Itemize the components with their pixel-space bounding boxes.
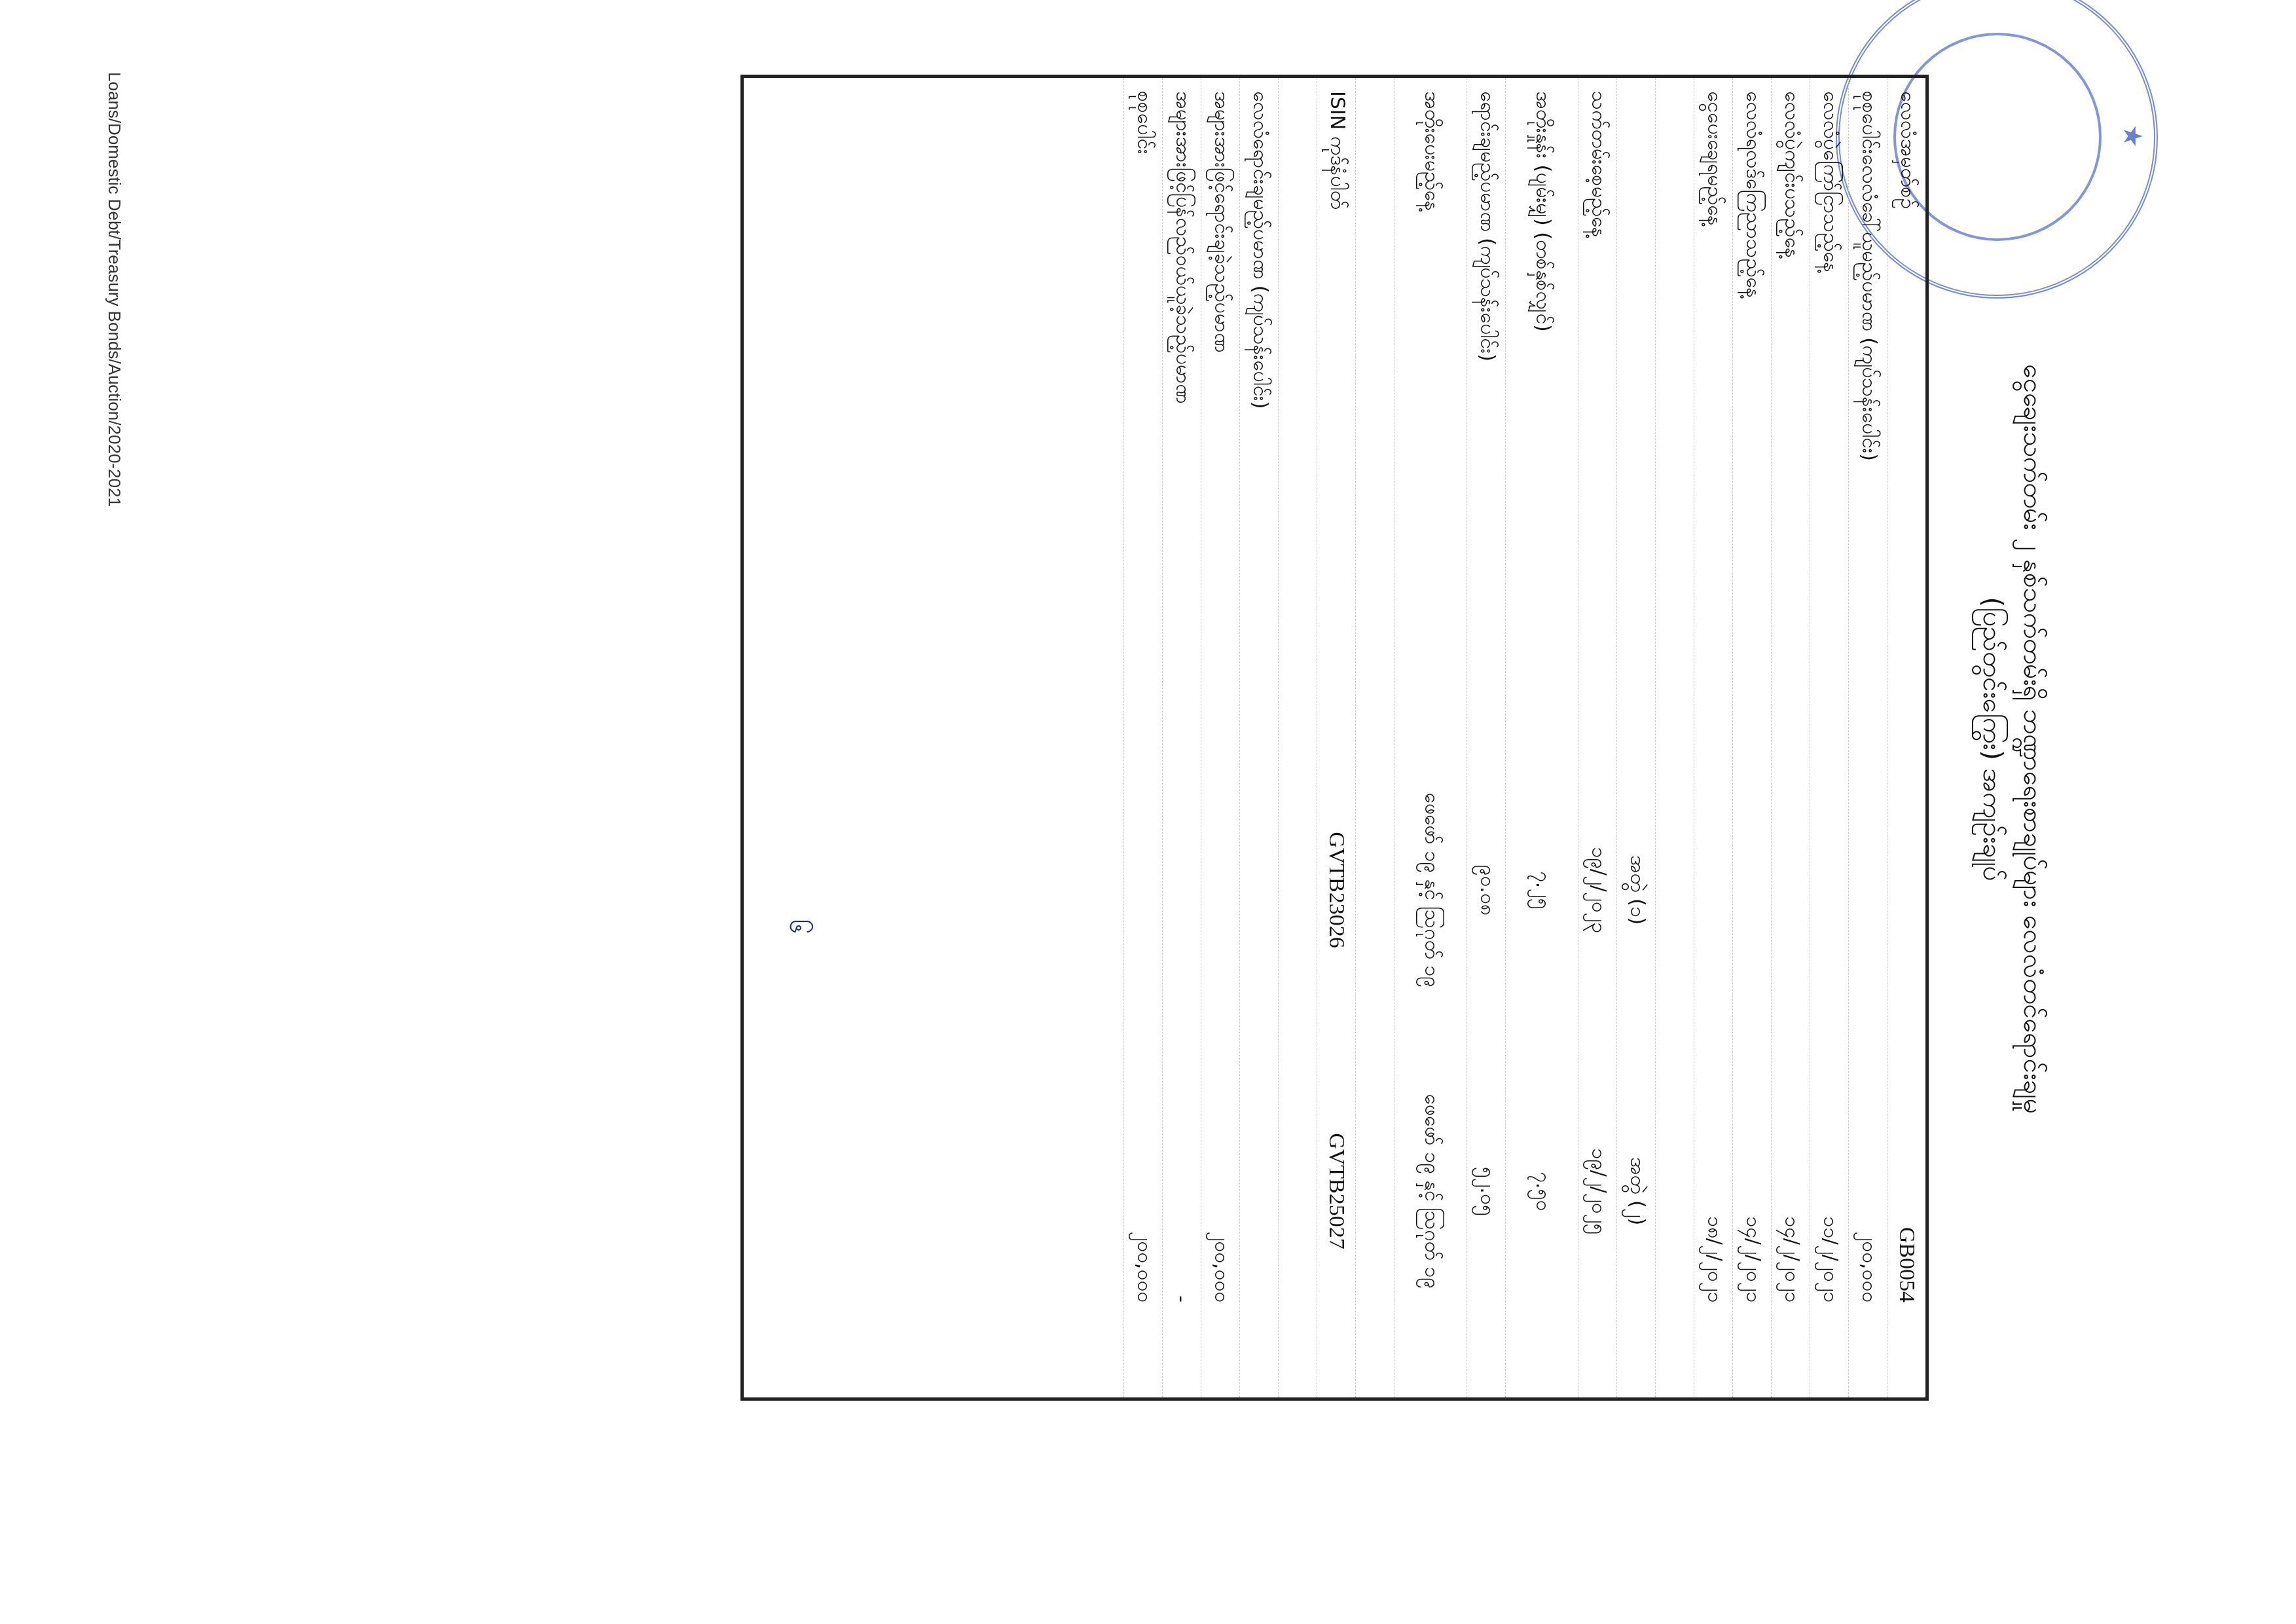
row-label: အတိုးနှုန်း (ပျမ်းမျှ) (တစ်နှစ်လျှင်) (1527, 78, 1557, 739)
maturity-date-2: ၁၉/၂/၂၀၂၅ (1583, 1041, 1613, 1342)
series-header-row: အတွဲ (၁) အတွဲ (၂) (1616, 78, 1655, 1397)
row-label: ISIN ကုဒ်နံပါတ် (1322, 78, 1351, 739)
repurchased-amount: - (1171, 739, 1194, 1342)
row-label: လေလံပွဲကျင်းပသည့်နေ့ (1776, 78, 1806, 739)
interest-dates-1: ဖေဖော် ၁၉ နှင့် ဩဂုတ် ၁၉ (1416, 739, 1446, 1041)
table-row: လေလံအမှတ်စဉ် GB0054 (1887, 78, 1925, 1397)
table-row: လေလံရောင်းချမည့်ပမာဏ (ကျပ်သန်းပေါင်း) (1239, 78, 1278, 1397)
title-line-1: ငွေချေးသက်တမ်း ၂ နှစ်သက်တမ်းရှိ ဘဏ္ဍာရေး… (2013, 75, 2053, 1403)
row-label: လေလံရလဒ်ကြေညာသည့်နေ့ (1738, 78, 1767, 739)
table-row: ရောင်းချမည့်ပမာဏ (ကျပ်သန်းပေါင်း) ၉၀.၀၈ … (1467, 78, 1505, 1397)
series-2-header: အတွဲ (၂) (1622, 1041, 1651, 1342)
table-row (1355, 78, 1394, 1397)
interest-dates-2: ဖေဖော် ၁၉ နှင့် ဩဂုတ် ၁၉ (1416, 1041, 1446, 1342)
row-label: လေလံအမှတ်စဉ် (1892, 78, 1922, 739)
table-row: ငွေပေးချေရမည့်နေ့ ၁၈/၂/၂၀၂၁ (1694, 78, 1732, 1397)
row-label: လေလံပွဲကြော်ငြာသည့်နေ့ (1815, 78, 1844, 739)
isin-1: GVTB23026 (1324, 739, 1349, 1041)
series-1-header: အတွဲ (၁) (1622, 739, 1651, 1041)
summary-table: လေလံအမှတ်စဉ် GB0054 စုစုပေါင်းလေလံခေါ်ယူ… (740, 75, 1929, 1401)
total-offered-amount: ၂၀၀,၀၀၀ (1853, 739, 1883, 1342)
announcement-date: ၁၁/၂/၂၀၂၁ (1815, 739, 1844, 1342)
table-row (1278, 78, 1317, 1397)
table-row: လေလံပွဲကြော်ငြာသည့်နေ့ ၁၁/၂/၂၀၂၁ (1810, 78, 1848, 1397)
table-row: အများအားဖြင့်ရောင်းချခဲ့သည့်ပမာဏ ၂၀၀,၀၀၀ (1201, 78, 1239, 1397)
row-label: အများအားဖြင့်ပြန်လည်ဝယ်ယူခဲ့သည့်ပမာဏ (1167, 78, 1197, 739)
table-row: အတိုးပေးမည့်နေ့ ဖေဖော် ၁၉ နှင့် ဩဂုတ် ၁၉… (1394, 78, 1467, 1397)
table-row: လေလံပွဲကျင်းပသည့်နေ့ ၁၄/၂/၂၀၂၁ (1771, 78, 1810, 1397)
grand-total: ၂၀၀,၀၀၀ (1129, 739, 1158, 1342)
coupon-rate-2: ၇.၅၀ (1527, 1041, 1557, 1342)
row-label: အတိုးပေးမည့်နေ့ (1416, 78, 1446, 739)
auction-number: GB0054 (1894, 739, 1919, 1342)
auction-date: ၁၄/၂/၂၀၂၁ (1776, 739, 1806, 1342)
table-row: သက်တမ်းစေ့မည့်နေ့ ၁၉/၂/၂၀၂၃ ၁၉/၂/၂၀၂၅ (1578, 78, 1616, 1397)
table-row: စုစုပေါင်း ၂၀၀,၀၀၀ (1123, 78, 1162, 1397)
table-row: လေလံရလဒ်ကြေညာသည့်နေ့ ၁၄/၂/၂၀၂၁ (1732, 78, 1771, 1397)
coupon-rate-1: ၇.၂၅ (1527, 739, 1557, 1041)
row-label: စုစုပေါင်းလေလံခေါ်ယူမည့်ပမာဏ (ကျပ်သန်းပေ… (1853, 78, 1883, 739)
settlement-date: ၁၈/၂/၂၀၂၁ (1699, 739, 1728, 1342)
star-icon: ★ (2117, 124, 2147, 148)
maturity-date-1: ၁၉/၂/၂၀၂၃ (1583, 739, 1613, 1041)
row-label: ရောင်းချမည့်ပမာဏ (ကျပ်သန်းပေါင်း) (1472, 78, 1501, 739)
amount-2: ၅၂.၀၅ (1472, 1041, 1501, 1342)
table-row (1655, 78, 1694, 1397)
table-row: စုစုပေါင်းလေလံခေါ်ယူမည့်ပမာဏ (ကျပ်သန်းပေ… (1848, 78, 1887, 1397)
sold-amount: ၂၀၀,၀၀၀ (1206, 739, 1235, 1342)
table-row: ISIN ကုဒ်နံပါတ် GVTB23026 GVTB25027 (1317, 78, 1355, 1397)
handwritten-page-mark: ၆ (777, 919, 816, 934)
row-label: လေလံရောင်းချမည့်ပမာဏ (ကျပ်သန်းပေါင်း) (1245, 78, 1274, 739)
row-label: ငွေပေးချေရမည့်နေ့ (1699, 78, 1728, 739)
result-date: ၁၄/၂/၂၀၂၁ (1738, 739, 1767, 1342)
title-line-2: (ပြည်တွင်းကြွေး) အကျဉ်းချုပ် (1972, 75, 2013, 1403)
amount-1: ၉၀.၀၈ (1472, 739, 1501, 1041)
row-label: စုစုပေါင်း (1129, 78, 1158, 739)
rotated-document-page: ★ ငွေချေးသက်တမ်း ၂ နှစ်သက်တမ်းရှိ ဘဏ္ဍာရ… (737, 75, 2079, 1403)
table-row: အတိုးနှုန်း (ပျမ်းမျှ) (တစ်နှစ်လျှင်) ၇.… (1505, 78, 1578, 1397)
row-label: သက်တမ်းစေ့မည့်နေ့ (1583, 78, 1613, 739)
isin-2: GVTB25027 (1324, 1041, 1349, 1342)
page-title: ငွေချေးသက်တမ်း ၂ နှစ်သက်တမ်းရှိ ဘဏ္ဍာရေး… (1972, 75, 2053, 1403)
table-row: အများအားဖြင့်ပြန်လည်ဝယ်ယူခဲ့သည့်ပမာဏ - (1162, 78, 1201, 1397)
row-label: အများအားဖြင့်ရောင်းချခဲ့သည့်ပမာဏ (1206, 78, 1235, 739)
document-footer-path: Loans/Domestic Debt/Treasury Bonds/Aucti… (98, 72, 124, 530)
